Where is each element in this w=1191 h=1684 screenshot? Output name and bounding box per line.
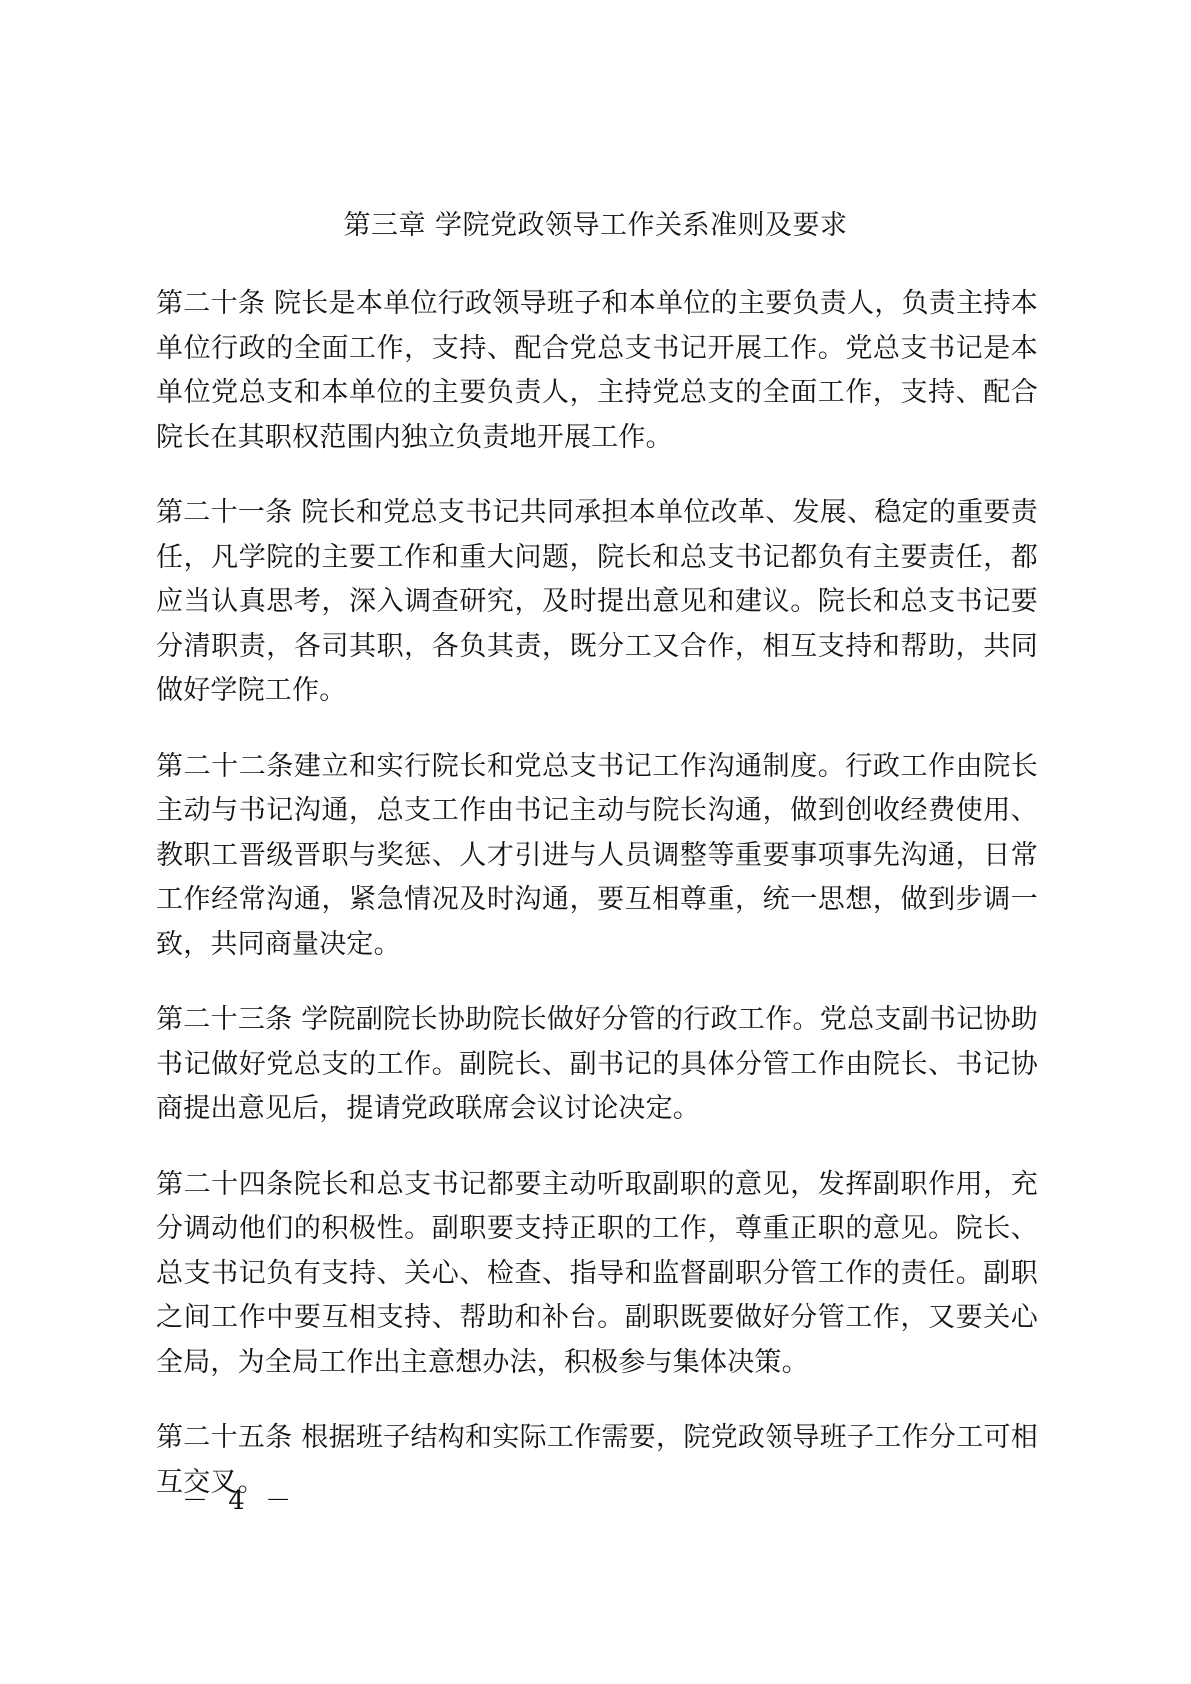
document-page: 第三章 学院党政领导工作关系准则及要求 第二十条 院长是本单位行政领导班子和本单…: [0, 0, 1191, 1684]
page-number: － 4 －: [182, 1480, 297, 1517]
chapter-title: 第三章 学院党政领导工作关系准则及要求: [0, 206, 1191, 246]
article-24: 第二十四条院长和总支书记都要主动听取副职的意见，发挥副职作用，充分调动他们的积极…: [156, 1163, 1038, 1386]
article-22: 第二十二条建立和实行院长和党总支书记工作沟通制度。行政工作由院长主动与书记沟通，…: [156, 745, 1038, 968]
article-23: 第二十三条 学院副院长协助院长做好分管的行政工作。党总支副书记协助书记做好党总支…: [156, 998, 1038, 1132]
article-20: 第二十条 院长是本单位行政领导班子和本单位的主要负责人，负责主持本单位行政的全面…: [156, 282, 1038, 460]
document-body: 第二十条 院长是本单位行政领导班子和本单位的主要负责人，负责主持本单位行政的全面…: [156, 282, 1038, 1536]
article-21: 第二十一条 院长和党总支书记共同承担本单位改革、发展、稳定的重要责任，凡学院的主…: [156, 491, 1038, 714]
